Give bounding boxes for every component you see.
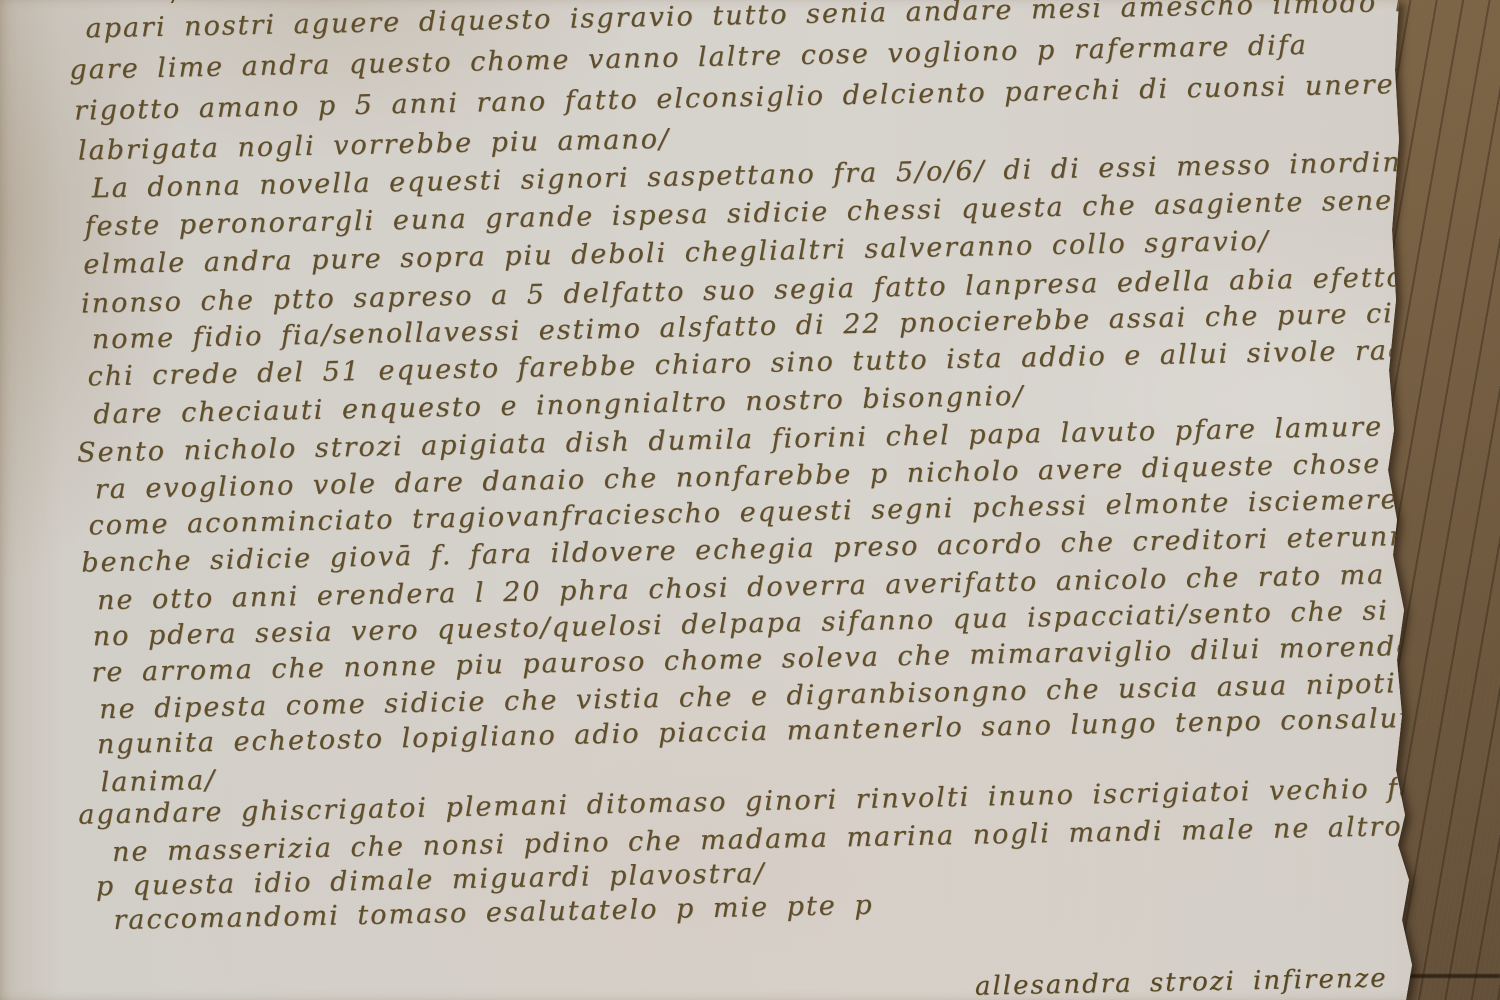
signature-line: allesandra strozi infirenze xyxy=(975,963,1388,1000)
paper-sheet: ' ' / apari nostri aguere diquesto isgra… xyxy=(0,0,1500,1000)
manuscript-line: labrigata nogli vorrebbe piu amano/ xyxy=(78,124,671,167)
manuscript-photo: ' ' / apari nostri aguere diquesto isgra… xyxy=(0,0,1500,1000)
manuscript-text: ' ' / apari nostri aguere diquesto isgra… xyxy=(0,0,1500,1000)
paper-surface: ' ' / apari nostri aguere diquesto isgra… xyxy=(0,0,1500,1000)
top-edge-fragment: ' ' / xyxy=(86,0,196,9)
manuscript-line: lanima/ xyxy=(100,765,216,798)
